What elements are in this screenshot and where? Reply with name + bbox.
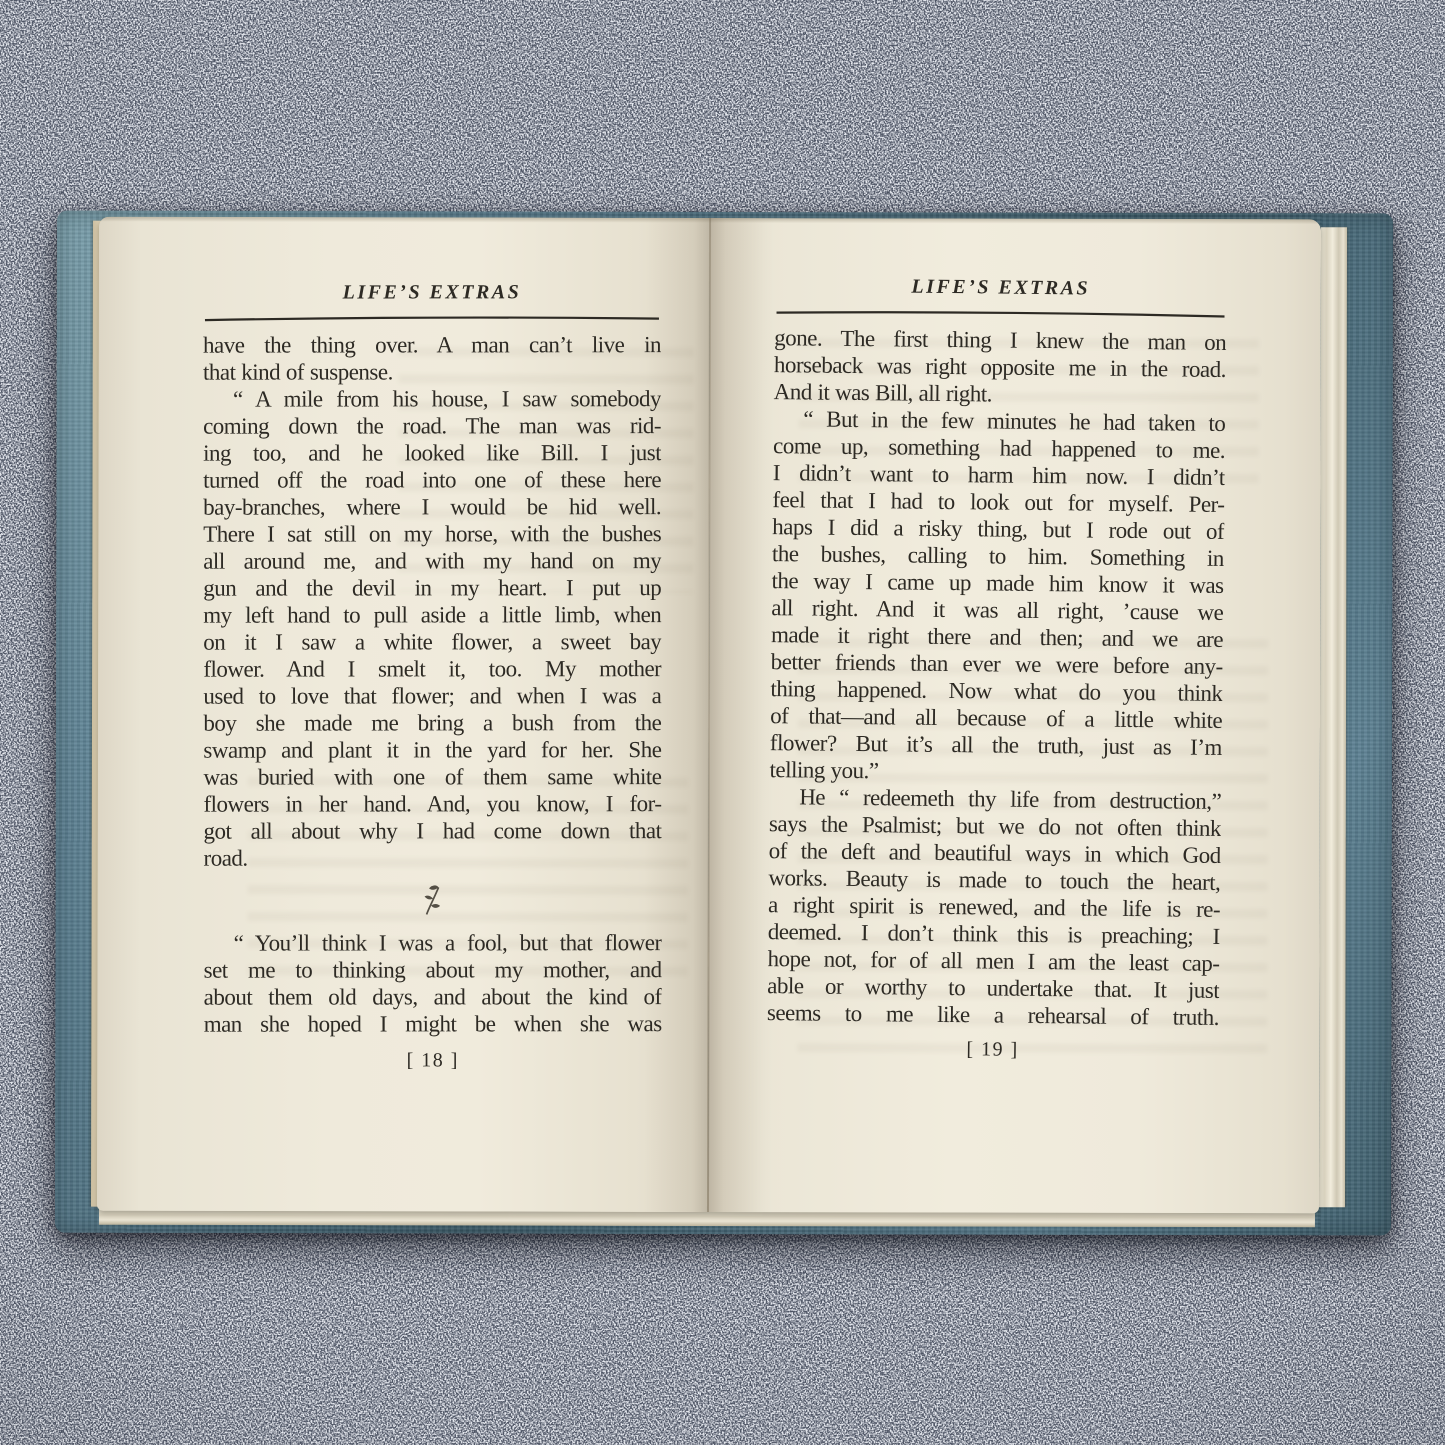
text-line: that kind of suspense.: [203, 358, 661, 385]
page-edges-right: [1319, 227, 1347, 1207]
text-line: my left hand to pull aside a little limb…: [203, 601, 661, 628]
text-line: have the thing over. A man can’t live in: [203, 331, 661, 358]
text-line: man she hoped I might be when she was: [204, 1010, 662, 1037]
text-line: flowers in her hand. And, you know, I fo…: [203, 790, 661, 817]
text-line: “ A mile from his house, I saw somebody: [203, 385, 661, 412]
header-rule: [203, 314, 661, 322]
text-line: all around me, and with my hand on my: [203, 547, 661, 574]
text-line: road.: [204, 844, 662, 871]
page-number: [ 19 ]: [766, 1034, 1218, 1066]
book-photograph: LIFE’S EXTRAS have the thing over. A man…: [0, 0, 1445, 1445]
text-line: used to love that flower; and when I was…: [203, 682, 661, 709]
text-line: gun and the devil in my heart. I put up: [203, 574, 661, 601]
text-line: boy she made me bring a bush from the: [203, 709, 661, 736]
text-line: ing too, and he looked like Bill. I just: [203, 439, 661, 466]
running-header: LIFE’S EXTRAS: [775, 274, 1227, 302]
running-header: LIFE’S EXTRAS: [203, 281, 661, 304]
text-line: “ You’ll think I was a fool, but that fl…: [204, 929, 662, 956]
body-text: gone. The first thing I knew the man onh…: [767, 324, 1227, 1031]
text-line: swamp and plant it in the yard for her. …: [203, 736, 661, 763]
text-line: set me to thinking about my mother, and: [204, 956, 662, 983]
open-pages: LIFE’S EXTRAS have the thing over. A man…: [97, 217, 1321, 1214]
text-line: on it I saw a white flower, a sweet bay: [203, 628, 661, 655]
open-book: LIFE’S EXTRAS have the thing over. A man…: [55, 211, 1393, 1236]
body-text: have the thing over. A man can’t live in…: [203, 331, 662, 1037]
text-line: about them old days, and about the kind …: [204, 983, 662, 1010]
section-break: [204, 871, 662, 929]
text-line: coming down the road. The man was rid-: [203, 412, 661, 439]
page-number: [ 18 ]: [204, 1047, 662, 1074]
text-line: There I sat still on my horse, with the …: [203, 520, 661, 547]
text-line: flower. And I smelt it, too. My mother: [203, 655, 661, 682]
fleuron-ornament-icon: [420, 883, 446, 917]
text-line: bay-branches, where I would be hid well.: [203, 493, 661, 520]
text-line: got all about why I had come down that: [203, 817, 661, 844]
text-line: was buried with one of them same white: [203, 763, 661, 790]
text-line: turned off the road into one of these he…: [203, 466, 661, 493]
text-line: seems to me like a rehearsal of truth.: [767, 999, 1219, 1031]
